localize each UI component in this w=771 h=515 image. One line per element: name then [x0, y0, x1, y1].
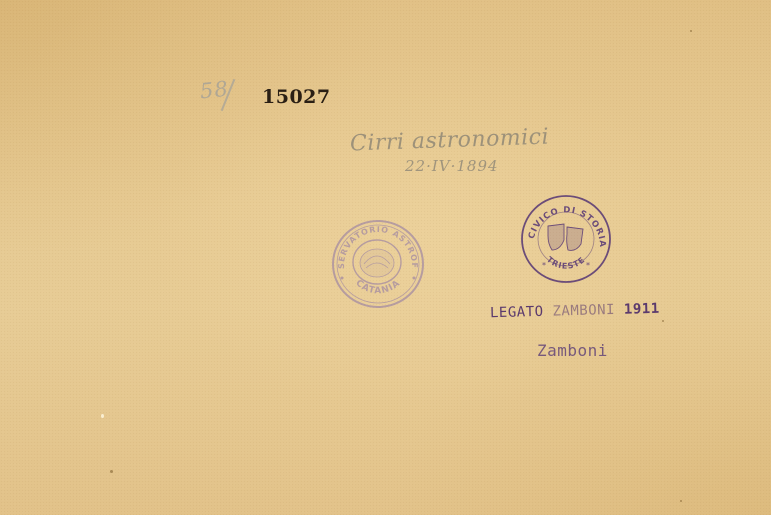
svg-text:*: * [586, 261, 590, 270]
paper-speck [110, 470, 113, 473]
svg-text:*: * [542, 261, 546, 270]
inventory-number: 15027 [262, 86, 331, 108]
paper-speck [662, 320, 664, 322]
trieste-museum-stamp: MUSEO CIVICO DI STORIA ED A. TRIESTE * * [520, 194, 612, 284]
legato-donor-faded: ZAMBONI [552, 302, 615, 320]
paper-speck [690, 30, 692, 32]
paper-speck [101, 414, 104, 418]
trieste-stamp-bottom-text: TRIESTE [545, 255, 587, 271]
handwritten-title: Cirri astronomici [350, 125, 550, 157]
donor-name-stamp: Zamboni [537, 341, 608, 360]
catania-observatory-stamp: R. OSSERVATORIO ASTROFISICO CATANIA [330, 218, 426, 310]
legato-stamp-line: LEGATO ZAMBONI 1911 [490, 301, 660, 321]
handwritten-date: 22·IV·1894 [405, 157, 499, 175]
catania-stamp-bottom-text: CATANIA [353, 278, 402, 296]
archival-sheet: 58 15027 Cirri astronomici 22·IV·1894 R.… [0, 0, 771, 515]
legato-prefix: LEGATO [490, 304, 544, 321]
legato-year: 1911 [624, 301, 660, 318]
paper-speck [680, 500, 682, 502]
